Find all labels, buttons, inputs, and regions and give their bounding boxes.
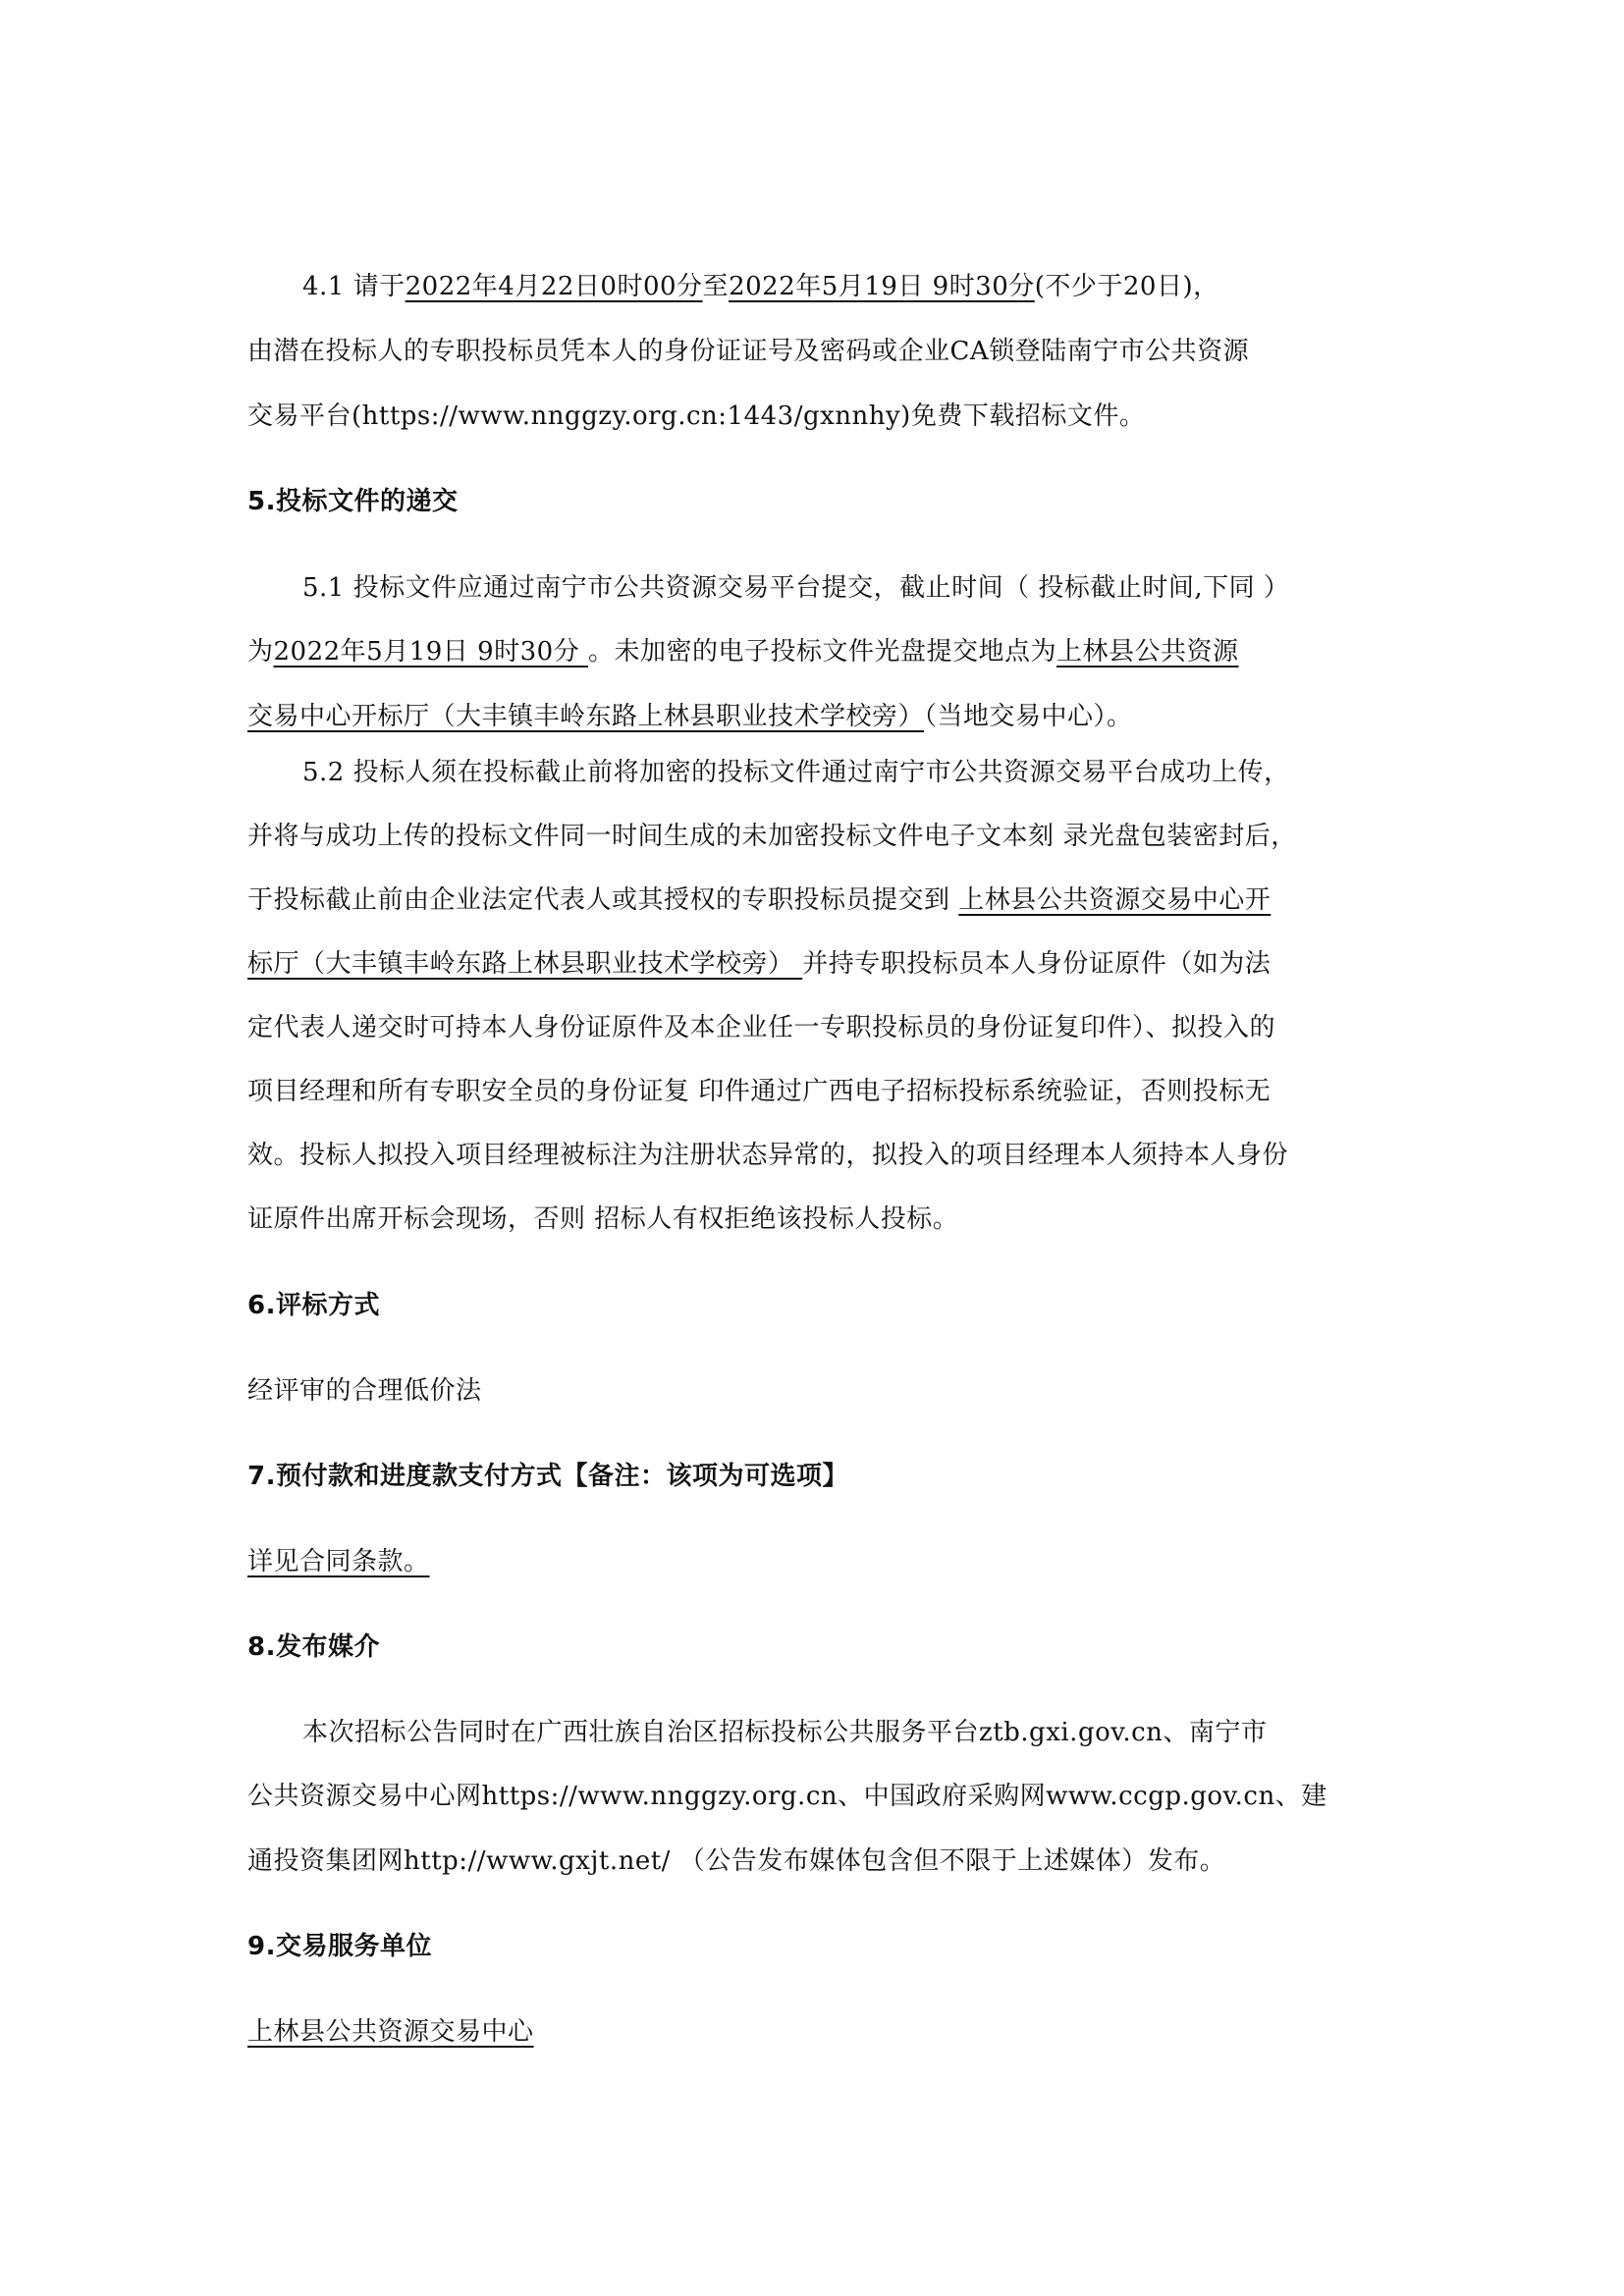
para-5-2-line-8: 证原件出席开标会现场，否则 招标人有权拒绝该投标人投标。 (247, 1202, 958, 1236)
para-5-1-line-3: 交易中心开标厅（大丰镇丰岭东路上林县职业技术学校旁）（当地交易中心）。 (247, 700, 1133, 733)
submission-location-cont: 交易中心开标厅（大丰镇丰岭东路上林县职业技术学校旁） (247, 702, 924, 731)
para-4-1-line-1: 4.1 请于2022年4月22日0时00分至2022年5月19日 9时30分(不… (302, 270, 1219, 303)
text: （当地交易中心）。 (924, 702, 1133, 731)
text: 并持专职投标员本人身份证原件（如为法 (802, 949, 1271, 979)
text: 至 (703, 272, 730, 301)
para-5-2-line-7: 效。投标人拟投入项目经理被标注为注册状态异常的，拟投入的项目经理本人须持本人身份 (247, 1139, 1288, 1172)
section-8-heading: 8.发布媒介 (247, 1630, 380, 1664)
submission-location-cont: 标厅（大丰镇丰岭东路上林县职业技术学校旁） (247, 949, 802, 979)
para-5-2-line-4: 标厅（大丰镇丰岭东路上林县职业技术学校旁） 并持专职投标员本人身份证原件（如为法 (247, 947, 1271, 981)
section-5-heading: 5.投标文件的递交 (247, 485, 458, 518)
text: 4.1 请于 (302, 272, 406, 301)
para-5-2-line-6: 项目经理和所有专职安全员的身份证复 印件通过广西电子招标投标系统验证，否则投标无 (247, 1075, 1271, 1108)
text: 。未加密的电子投标文件光盘提交地点为 (588, 637, 1056, 667)
para-5-2-line-2: 并将与成功上传的投标文件同一时间生成的未加密投标文件电子文本刻 录光盘包装密封后… (247, 820, 1297, 853)
download-start-time: 2022年4月22日0时00分 (406, 272, 703, 301)
submission-location: 上林县公共资源 (1056, 637, 1239, 667)
deadline-time: 2022年5月19日 9时30分 (274, 637, 588, 667)
para-8-line-3: 通投资集团网http://www.gxjt.net/ （公告发布媒体包含但不限于… (247, 1844, 1225, 1878)
payment-method: 详见合同条款。 (247, 1545, 430, 1578)
para-8-line-2: 公共资源交易中心网https://www.nnggzy.org.cn、中国政府采… (247, 1780, 1327, 1813)
section-7-heading: 7.预付款和进度款支付方式【备注：该项为可选项】 (247, 1460, 848, 1493)
para-5-2-line-1: 5.2 投标人须在投标截止前将加密的投标文件通过南宁市公共资源交易平台成功上传， (302, 756, 1290, 789)
section-6-heading: 6.评标方式 (247, 1289, 380, 1322)
para-5-1-line-1: 5.1 投标文件应通过南宁市公共资源交易平台提交，截止时间（ 投标截止时间,下同… (302, 571, 1289, 605)
para-8-line-1: 本次招标公告同时在广西壮族自治区招标投标公共服务平台ztb.gxi.gov.cn… (302, 1716, 1267, 1749)
evaluation-method: 经评审的合理低价法 (247, 1374, 482, 1408)
text: (不少于20日)， (1035, 272, 1219, 301)
para-5-2-line-3: 于投标截止前由企业法定代表人或其授权的专职投标员提交到 上林县公共资源交易中心开 (247, 883, 1271, 917)
download-end-time: 2022年5月19日 9时30分 (729, 272, 1035, 301)
para-5-2-line-5: 定代表人递交时可持本人身份证原件及本企业任一专职投标员的身份证复印件）、拟投入的 (247, 1011, 1275, 1044)
para-5-1-line-2: 为2022年5月19日 9时30分 。未加密的电子投标文件光盘提交地点为上林县公… (247, 635, 1239, 668)
text: 为 (247, 637, 274, 667)
trading-service-unit: 上林县公共资源交易中心 (247, 2015, 534, 2049)
para-4-1-line-2: 由潜在投标人的专职投标员凭本人的身份证证号及密码或企业CA锁登陆南宁市公共资源 (247, 335, 1249, 368)
section-9-heading: 9.交易服务单位 (247, 1930, 432, 1963)
para-4-1-line-3: 交易平台(https://www.nnggzy.org.cn:1443/gxnn… (247, 400, 1145, 433)
text: 于投标截止前由企业法定代表人或其授权的专职投标员提交到 (247, 885, 958, 915)
submission-location: 上林县公共资源交易中心开 (958, 885, 1271, 915)
